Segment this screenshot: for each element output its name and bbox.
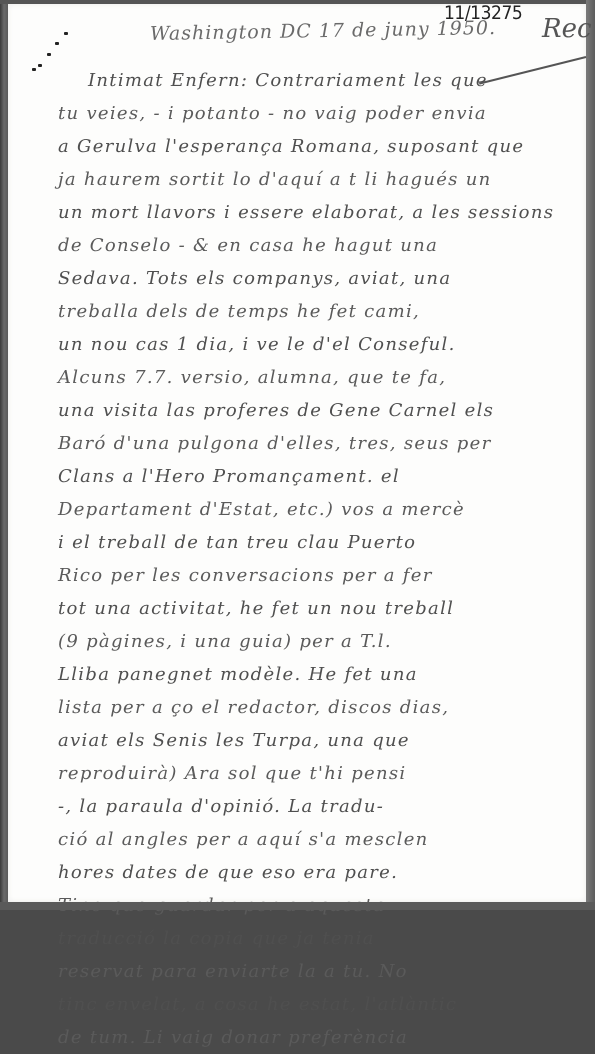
handwritten-line: Sedava. Tots els companys, aviat, una xyxy=(58,262,578,295)
handwritten-line: tu veies, - i potanto - no vaig poder en… xyxy=(58,97,578,130)
handwritten-line: (9 pàgines, i una guia) per a T.l. xyxy=(58,625,578,658)
letter-body: Intimat Enfern: Contrariament les quetu … xyxy=(58,64,578,910)
handwritten-line: hores dates de que eso era pare. xyxy=(58,856,578,889)
handwritten-line: Alcuns 7.7. versio, alumna, que te fa, xyxy=(58,361,578,394)
dot xyxy=(32,68,36,71)
handwritten-line: ció al angles per a aquí s'a mesclen xyxy=(58,823,578,856)
handwritten-line: reproduirà) Ara sol que t'hi pensi xyxy=(58,757,578,790)
handwritten-line: tot una activitat, he fet un nou treball xyxy=(58,592,578,625)
handwritten-line: -, la paraula d'opinió. La tradu- xyxy=(58,790,578,823)
handwritten-line: aviat els Senis les Turpa, una que xyxy=(58,724,578,757)
handwritten-line: i el treball de tan treu clau Puerto xyxy=(58,526,578,559)
handwritten-line: Intimat Enfern: Contrariament les que xyxy=(58,64,578,97)
handwritten-line: a Gerulva l'esperança Romana, suposant q… xyxy=(58,130,578,163)
handwritten-line: Rico per les conversacions per a fer xyxy=(58,559,578,592)
handwritten-line: treballa dels de temps he fet cami, xyxy=(58,295,578,328)
handwritten-line: un nou cas 1 dia, i ve le d'el Conseful. xyxy=(58,328,578,361)
received-mark: Rec xyxy=(542,14,592,44)
handwritten-line: de Conselo - & en casa he hagut una xyxy=(58,229,578,262)
handwritten-line: Tinc que guardar per a aquesta xyxy=(58,889,578,910)
dot xyxy=(55,42,59,45)
dot xyxy=(38,64,42,67)
dot xyxy=(64,32,68,35)
handwritten-line: ja haurem sortit lo d'aquí a t li hagués… xyxy=(58,163,578,196)
dot xyxy=(47,53,51,56)
handwritten-line: una visita las proferes de Gene Carnel e… xyxy=(58,394,578,427)
handwritten-line: un mort llavors i essere elaborat, a les… xyxy=(58,196,578,229)
handwritten-line: Lliba panegnet modèle. He fet una xyxy=(58,658,578,691)
handwritten-line: Clans a l'Hero Promançament. el xyxy=(58,460,578,493)
handwritten-line: Departament d'Estat, etc.) vos a mercè xyxy=(58,493,578,526)
handwritten-line: lista per a ço el redactor, discos dias, xyxy=(58,691,578,724)
handwritten-line: Baró d'una pulgona d'elles, tres, seus p… xyxy=(58,427,578,460)
scan-border-right xyxy=(586,0,595,910)
